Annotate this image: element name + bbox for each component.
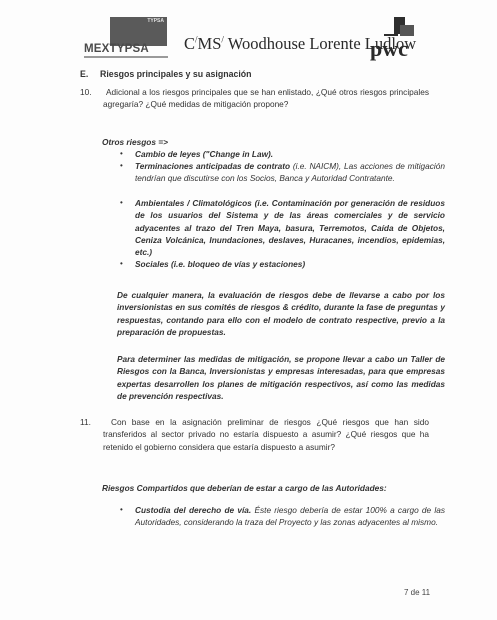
bullet-icon: • [120, 161, 123, 170]
section-title: Riesgos principales y su asignación [100, 68, 252, 80]
shared-risks-heading: Riesgos Compartidos que deberían de esta… [102, 482, 387, 494]
risk-item-title: Terminaciones anticipadas de contrato [135, 161, 290, 171]
cms-s: S [212, 34, 221, 53]
mextypsa-logo-box: TYPSA [110, 17, 167, 46]
pwc-mark-shape [400, 25, 414, 36]
mextypsa-logo: TYPSA MEXTYPSA [84, 17, 168, 58]
cms-m: M [198, 34, 213, 53]
typsa-tag: TYPSA [147, 18, 164, 24]
risk-item: Sociales (i.e. bloqueo de vías y estacio… [135, 258, 445, 270]
document-page: TYPSA MEXTYPSA C/MS/ Woodhouse Lorente L… [0, 0, 497, 620]
question-11-text: Con base en la asignación preliminar de … [103, 416, 429, 453]
risk-evaluation-paragraph: De cualquier manera, la evaluación de ri… [117, 289, 445, 338]
risk-item: Cambio de leyes ("Change in Law). [135, 148, 445, 160]
section-letter: E. [80, 68, 88, 80]
bullet-icon: • [120, 505, 123, 514]
pwc-logo: pwc [370, 17, 420, 61]
mitigation-paragraph: Para determiner las medidas de mitigació… [117, 353, 445, 402]
bullet-icon: • [120, 259, 123, 268]
question-10-text: Adicional a los riesgos principales que … [103, 86, 429, 111]
risk-item: Ambientales / Climatológicos (i.e. Conta… [135, 197, 445, 258]
page-number: 7 de 11 [404, 588, 430, 597]
risk-item-title: Cambio de leyes ("Change in Law). [135, 149, 273, 159]
question-number: 10. [80, 86, 92, 98]
risk-item: Custodia del derecho de vía. Éste riesgo… [135, 504, 445, 529]
other-risks-heading: Otros riesgos => [102, 136, 168, 148]
question-number: 11. [80, 416, 91, 428]
risk-item: Terminaciones anticipadas de contrato (i… [135, 160, 445, 185]
risk-item-title: Custodia del derecho de vía. [135, 505, 251, 515]
pwc-wordmark: pwc [370, 36, 408, 62]
mextypsa-subline [84, 56, 168, 58]
bullet-icon: • [120, 198, 123, 207]
bullet-icon: • [120, 149, 123, 158]
cms-c: C [184, 34, 195, 53]
mextypsa-wordmark: MEXTYPSA [84, 43, 149, 55]
